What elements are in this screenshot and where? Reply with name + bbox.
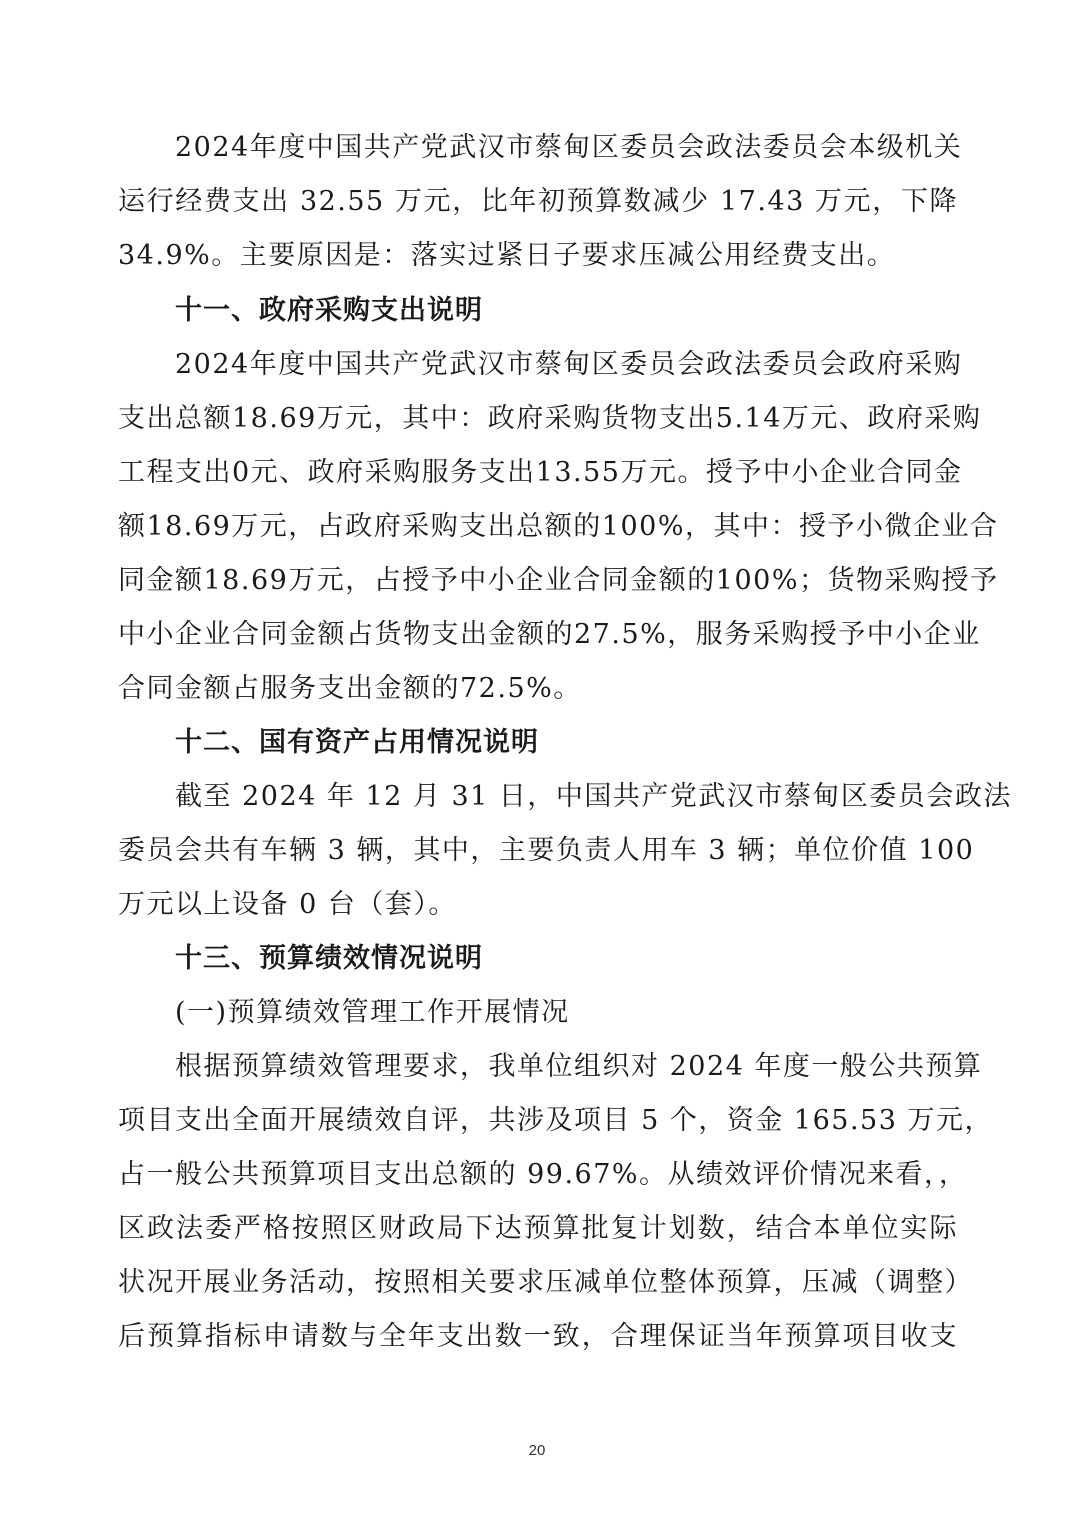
paragraph-line: 工程支出0元、政府采购服务支出13.55万元。授予中小企业合同金 xyxy=(118,446,958,500)
document-page: 2024年度中国共产党武汉市蔡甸区委员会政法委员会本级机关 运行经费支出 32.… xyxy=(0,0,1074,1520)
paragraph-line: 中小企业合同金额占货物支出金额的27.5%，服务采购授予中小企业 xyxy=(118,608,958,662)
paragraph-line: 占一般公共预算项目支出总额的 99.67%。从绩效评价情况来看，， xyxy=(118,1148,958,1202)
section-heading-budget-performance: 十三、预算绩效情况说明 xyxy=(175,932,483,986)
paragraph-line: 区政法委严格按照区财政局下达预算批复计划数，结合本单位实际 xyxy=(118,1202,958,1256)
paragraph-line: 34.9%。主要原因是：落实过紧日子要求压减公用经费支出。 xyxy=(118,229,958,283)
paragraph-line: 运行经费支出 32.55 万元，比年初预算数减少 17.43 万元，下降 xyxy=(118,175,958,229)
paragraph-line: 合同金额占服务支出金额的72.5%。 xyxy=(118,662,958,716)
page-number: 20 xyxy=(0,1442,1074,1459)
subsection-heading-performance-management: (一)预算绩效管理工作开展情况 xyxy=(175,986,570,1040)
section-heading-state-assets: 十二、国有资产占用情况说明 xyxy=(175,716,539,770)
paragraph-line: 根据预算绩效管理要求，我单位组织对 2024 年度一般公共预算 xyxy=(175,1040,958,1094)
paragraph-line: 同金额18.69万元，占授予中小企业合同金额的100%；货物采购授予 xyxy=(118,554,958,608)
paragraph-line: 后预算指标申请数与全年支出数一致，合理保证当年预算项目收支 xyxy=(118,1310,958,1364)
paragraph-line: 万元以上设备 0 台（套）。 xyxy=(118,878,958,932)
paragraph-line: 状况开展业务活动，按照相关要求压减单位整体预算，压减（调整） xyxy=(118,1256,958,1310)
paragraph-line: 2024年度中国共产党武汉市蔡甸区委员会政法委员会政府采购 xyxy=(175,338,958,392)
paragraph-line: 截至 2024 年 12 月 31 日，中国共产党武汉市蔡甸区委员会政法 xyxy=(175,770,958,824)
section-heading-government-procurement: 十一、政府采购支出说明 xyxy=(175,284,483,338)
paragraph-line: 2024年度中国共产党武汉市蔡甸区委员会政法委员会本级机关 xyxy=(175,121,958,175)
paragraph-line: 项目支出全面开展绩效自评，共涉及项目 5 个，资金 165.53 万元， xyxy=(118,1094,958,1148)
paragraph-line: 委员会共有车辆 3 辆，其中，主要负责人用车 3 辆；单位价值 100 xyxy=(118,824,958,878)
paragraph-line: 支出总额18.69万元，其中：政府采购货物支出5.14万元、政府采购 xyxy=(118,392,958,446)
paragraph-line: 额18.69万元，占政府采购支出总额的100%，其中：授予小微企业合 xyxy=(118,500,958,554)
